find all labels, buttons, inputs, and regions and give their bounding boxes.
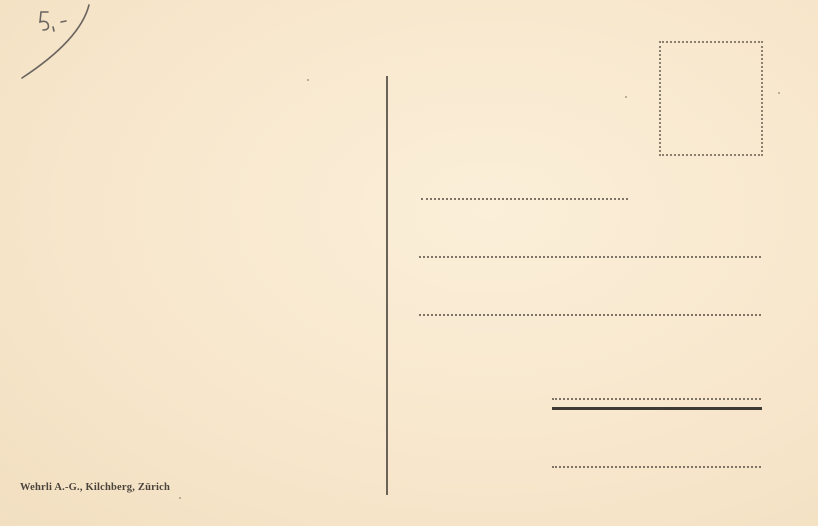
postcard-back: 5.- Wehrli A.-G., Kilchberg, Zürich [0, 0, 818, 526]
address-line-3 [419, 314, 761, 316]
address-line-1 [421, 198, 628, 200]
publisher-imprint: Wehrli A.-G., Kilchberg, Zürich [20, 482, 170, 493]
address-line-4 [552, 398, 761, 400]
paper-speck [625, 96, 627, 98]
address-underline-solid [552, 407, 762, 410]
address-line-2 [419, 256, 761, 258]
paper-speck [179, 497, 181, 499]
vertical-divider [386, 76, 388, 495]
stamp-box [659, 41, 763, 156]
handwritten-price-mark [0, 0, 120, 90]
paper-speck [307, 79, 309, 81]
paper-speck [778, 92, 780, 94]
address-line-5 [552, 466, 761, 468]
